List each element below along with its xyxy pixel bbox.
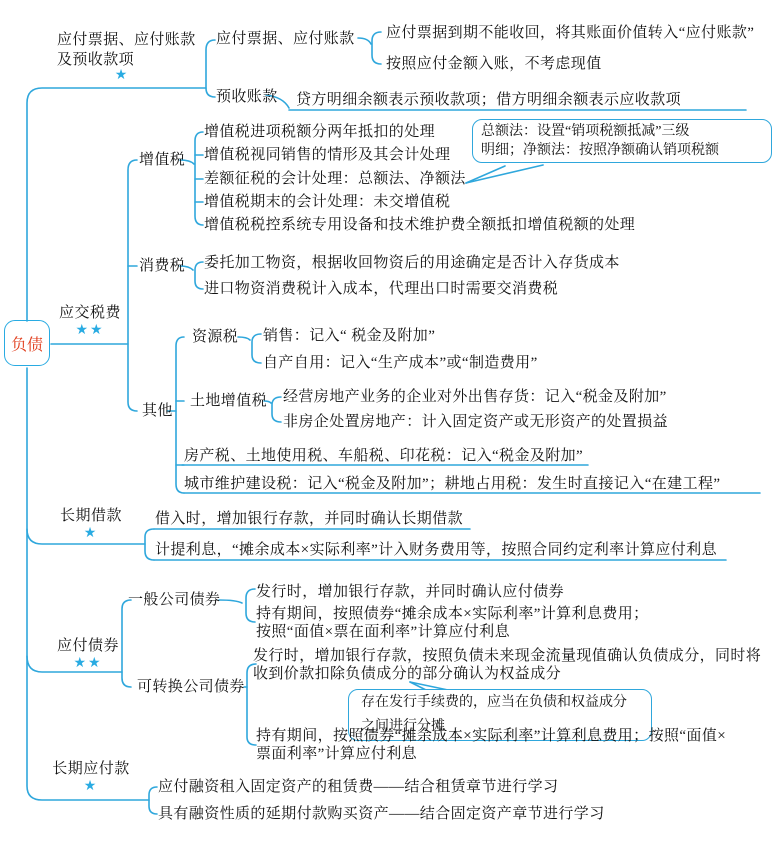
node-general-bonds-label: 一般公司债券 <box>128 591 220 609</box>
node-convertible-item-2: 持有期间，按照债券“摊余成本×实际利率”计算利息费用；按照“面值× 票面利率”计… <box>256 727 726 763</box>
node-land-vat-label: 土地增值税 <box>190 392 267 410</box>
branch-longterm-payable-label: 长期应付款 ★ <box>52 760 130 794</box>
node-vat-item-4: 增值税期末的会计处理：未交增值税 <box>204 193 450 211</box>
node-advances-detail: 贷方明细余额表示预收款项；借方明细余额表示应收款项 <box>296 91 681 109</box>
node-urban-tax-line: 城市维护建设税：记入“税金及附加”；耕地占用税：发生时直接记入“在建工程” <box>184 475 720 493</box>
node-vat-label: 增值税 <box>139 151 185 169</box>
node-resource-item-2: 自产自用：记入“生产成本”或“制造费用” <box>263 354 538 372</box>
star-rating-b3: ★ <box>57 526 125 541</box>
node-vat-item-5: 增值税税控系统专用设备和技术维护费全额抵扣增值税额的处理 <box>204 216 635 234</box>
star-rating-b5: ★ <box>52 779 130 794</box>
star-rating-b1: ★ <box>102 69 142 83</box>
star-rating-b4: ★★ <box>56 656 120 671</box>
node-consumption-item-2: 进口物资消费税计入成本，代理出口时需要交消费税 <box>204 280 558 298</box>
node-other-taxes-label: 其他 <box>142 402 173 420</box>
branch-longterm-payable-text: 长期应付款 <box>52 761 130 777</box>
branch-bonds-payable-label: 应付债券 ★★ <box>56 637 120 671</box>
branch-notes-payable-label: 应付票据、应付账款 及预收款项 <box>57 30 196 70</box>
branch-taxes-payable-label: 应交税费 ★★ <box>59 304 121 338</box>
node-vat-item-1: 增值税进项税额分两年抵扣的处理 <box>204 123 435 141</box>
node-loan-item-2: 计提利息，“摊余成本×实际利率”计入财务费用等，按照合同约定利率计算应付利息 <box>155 541 717 559</box>
node-resource-item-1: 销售：记入“ 税金及附加” <box>263 327 435 345</box>
node-notes-payable-item-2: 按照应付金额入账，不考虑现值 <box>386 55 602 73</box>
node-land-item-2: 非房企处置房地产：计入固定资产或无形资产的处置损益 <box>283 413 668 431</box>
branch-longterm-loan-label: 长期借款 ★ <box>57 507 125 541</box>
node-vat-item-3: 差额征税的会计处理：总额法、净额法 <box>204 170 466 188</box>
node-notes-accounts-payable: 应付票据、应付账款 <box>216 30 355 48</box>
mindmap-canvas: 负债 应付票据、应付账款 及预收款项 ★ 应付票据、应付账款 应付票据到期不能收… <box>0 0 777 864</box>
node-resource-tax-label: 资源税 <box>192 328 238 346</box>
branch-longterm-loan-text: 长期借款 <box>60 508 122 524</box>
node-consumption-item-1: 委托加工物资，根据收回物资后的用途确定是否计入存货成本 <box>204 254 620 272</box>
node-vat-item-2: 增值税视同销售的情形及其会计处理 <box>204 146 450 164</box>
root-node-liability: 负债 <box>4 320 50 366</box>
node-loan-item-1: 借入时，增加银行存款，并同时确认长期借款 <box>155 510 463 528</box>
node-longterm-payable-item-1: 应付融资租入固定资产的租赁费——结合租赁章节进行学习 <box>158 778 558 796</box>
branch-taxes-payable-text: 应交税费 <box>59 305 121 321</box>
star-rating-b2: ★★ <box>59 323 121 338</box>
node-convertible-bonds-label: 可转换公司债券 <box>137 678 245 696</box>
node-general-bonds-item-1: 发行时，增加银行存款，并同时确认应付债券 <box>256 583 564 601</box>
node-property-tax-line: 房产税、土地使用税、车船税、印花税：记入“税金及附加” <box>184 447 583 465</box>
node-land-item-1: 经营房地产业务的企业对外出售存货：记入“税金及附加” <box>283 388 667 406</box>
node-advances-received: 预收账款 <box>216 88 278 106</box>
node-longterm-payable-item-2: 具有融资性质的延期付款购买资产——结合固定资产章节进行学习 <box>158 805 605 823</box>
node-convertible-item-1: 发行时，增加银行存款，按照负债未来现金流量现值确认负债成分，同时将 收到价款扣除… <box>253 647 761 683</box>
callout-vat-methods: 总额法：设置“销项税额抵减”三级 明细；净额法：按照净额确认销项税额 <box>472 119 772 163</box>
node-general-bonds-item-2: 持有期间，按照债券“摊余成本×实际利率”计算利息费用； 按照“面值×票在面利率”… <box>256 605 649 641</box>
branch-bonds-payable-text: 应付债券 <box>57 638 119 654</box>
node-consumption-tax-label: 消费税 <box>139 257 185 275</box>
node-notes-payable-item-1: 应付票据到期不能收回，将其账面价值转入“应付账款” <box>386 24 754 42</box>
